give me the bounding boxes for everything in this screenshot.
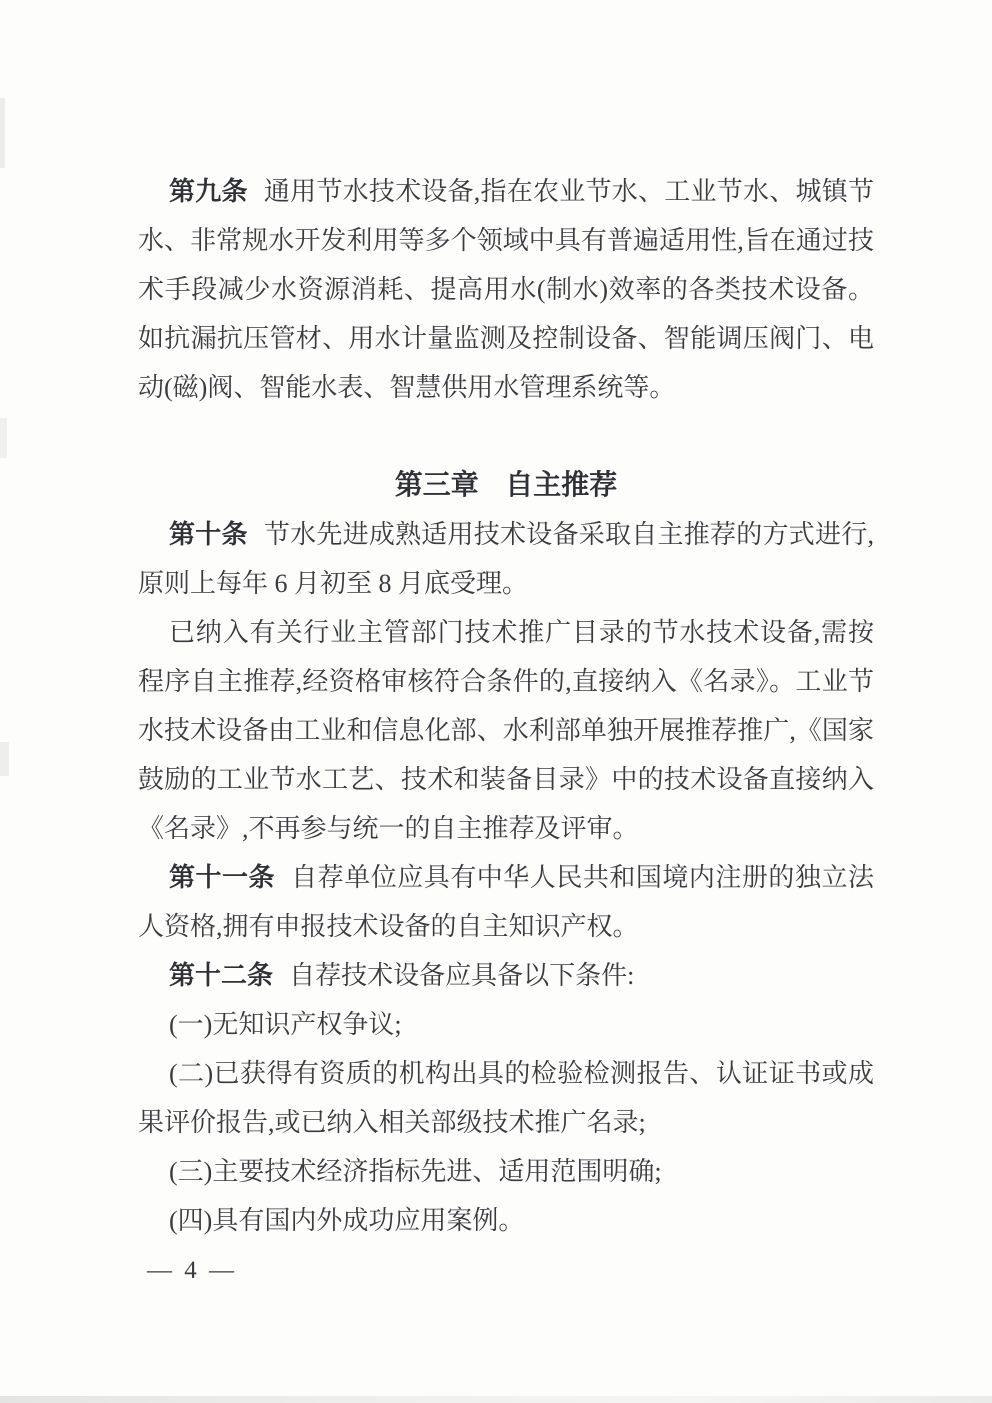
paragraph: (二)已获得有资质的机构出具的检验检测报告、认证证书或成果评价报告,或已纳入相关…: [138, 1049, 874, 1147]
paragraph-text: (三)主要技术经济指标先进、适用范围明确;: [169, 1157, 662, 1186]
article-paragraph: 第十条节水先进成熟适用技术设备采取自主推荐的方式进行,原则上每年 6 月初至 8…: [138, 510, 874, 608]
document-body: 第九条通用节水技术设备,指在农业节水、工业节水、城镇节水、非常规水开发利用等多个…: [138, 167, 874, 1245]
paragraph: (一)无知识产权争议;: [138, 1000, 874, 1049]
scan-bottom-edge-artifact: [0, 1396, 992, 1403]
page-number: — 4 —: [147, 1246, 237, 1295]
scan-edge-artifact: [0, 418, 7, 458]
chapter-heading: 第三章自主推荐: [138, 461, 874, 510]
article-paragraph: 第十二条自荐技术设备应具备以下条件:: [138, 951, 874, 1000]
chapter-number: 第三章: [395, 470, 479, 501]
article-paragraph: 第九条通用节水技术设备,指在农业节水、工业节水、城镇节水、非常规水开发利用等多个…: [138, 167, 874, 412]
scanned-document-page: 第九条通用节水技术设备,指在农业节水、工业节水、城镇节水、非常规水开发利用等多个…: [0, 0, 992, 1403]
article-number: 第十一条: [169, 863, 275, 892]
scan-edge-artifact: [0, 98, 5, 168]
paragraph-text: 已纳入有关行业主管部门技术推广目录的节水技术设备,需按程序自主推荐,经资格审核符…: [138, 618, 874, 843]
paragraph-text: 节水先进成熟适用技术设备采取自主推荐的方式进行,原则上每年 6 月初至 8 月底…: [138, 520, 874, 598]
article-number: 第十二条: [169, 961, 273, 990]
paragraph-text: (一)无知识产权争议;: [169, 1010, 402, 1039]
paragraph-text: (四)具有国内外成功应用案例。: [169, 1206, 524, 1235]
scan-edge-artifact: [0, 742, 9, 776]
article-number: 第十条: [169, 520, 248, 549]
paragraph-text: (二)已获得有资质的机构出具的检验检测报告、认证证书或成果评价报告,或已纳入相关…: [138, 1059, 874, 1137]
chapter-title: 自主推荐: [505, 470, 617, 501]
paragraph: (三)主要技术经济指标先进、适用范围明确;: [138, 1147, 874, 1196]
paragraph-text: 自荐技术设备应具备以下条件:: [289, 961, 634, 990]
article-paragraph: 第十一条自荐单位应具有中华人民共和国境内注册的独立法人资格,拥有申报技术设备的自…: [138, 853, 874, 951]
article-number: 第九条: [169, 177, 248, 206]
paragraph-text: 通用节水技术设备,指在农业节水、工业节水、城镇节水、非常规水开发利用等多个领域中…: [138, 177, 874, 402]
paragraph: (四)具有国内外成功应用案例。: [138, 1196, 874, 1245]
paragraph: 已纳入有关行业主管部门技术推广目录的节水技术设备,需按程序自主推荐,经资格审核符…: [138, 608, 874, 853]
